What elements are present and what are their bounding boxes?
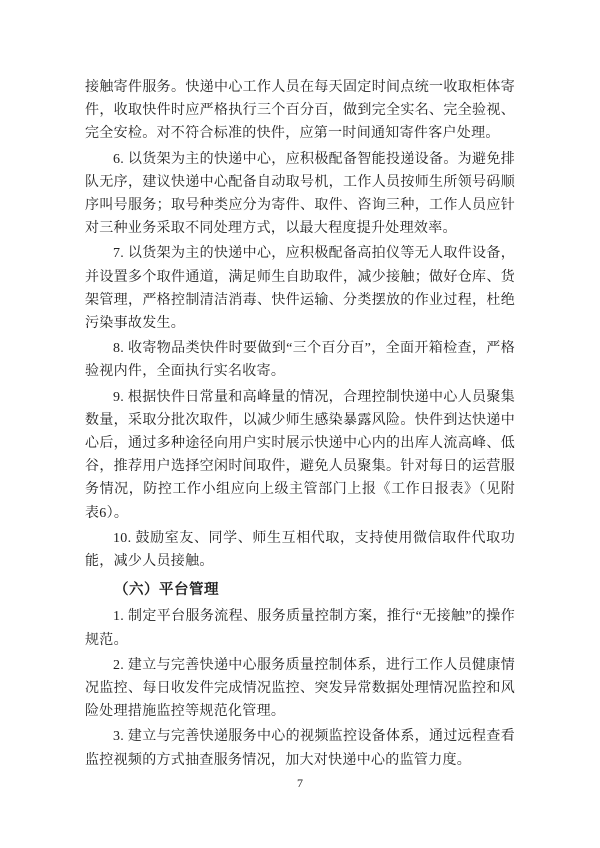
paragraph-item-6: 6. 以货架为主的快递中心，应积极配备智能投递设备。为避免排队无序，建议快递中心…: [85, 148, 515, 241]
document-body: 接触寄件服务。快递中心工作人员在每天固定时间点统一收取柜体寄件，收取快件时应严格…: [85, 76, 515, 774]
paragraph-continuation: 接触寄件服务。快递中心工作人员在每天固定时间点统一收取柜体寄件，收取快件时应严格…: [85, 76, 515, 146]
paragraph-platform-item-3: 3. 建立与完善快递服务中心的视频监控设备体系，通过远程查看监控视频的方式抽查服…: [85, 725, 515, 771]
document-page: 接触寄件服务。快递中心工作人员在每天固定时间点统一收取柜体寄件，收取快件时应严格…: [0, 0, 600, 848]
page-number: 7: [0, 776, 600, 791]
paragraph-platform-item-2: 2. 建立与完善快递中心服务质量控制体系，进行工作人员健康情况监控、每日收发件完…: [85, 654, 515, 724]
paragraph-platform-item-1: 1. 制定平台服务流程、服务质量控制方案，推行“无接触”的操作规范。: [85, 605, 515, 651]
section-heading-platform-management: （六）平台管理: [85, 579, 515, 602]
paragraph-item-8: 8. 收寄物品类快件时要做到“三个百分百”，全面开箱检查，严格验视内件，全面执行…: [85, 337, 515, 383]
paragraph-item-9: 9. 根据快件日常量和高峰量的情况，合理控制快递中心人员聚集数量，采取分批次取件…: [85, 386, 515, 525]
paragraph-item-10: 10. 鼓励室友、同学、师生互相代取，支持使用微信取件代取功能，减少人员接触。: [85, 527, 515, 573]
paragraph-item-7: 7. 以货架为主的快递中心，应积极配备高拍仪等无人取件设备，并设置多个取件通道，…: [85, 242, 515, 335]
